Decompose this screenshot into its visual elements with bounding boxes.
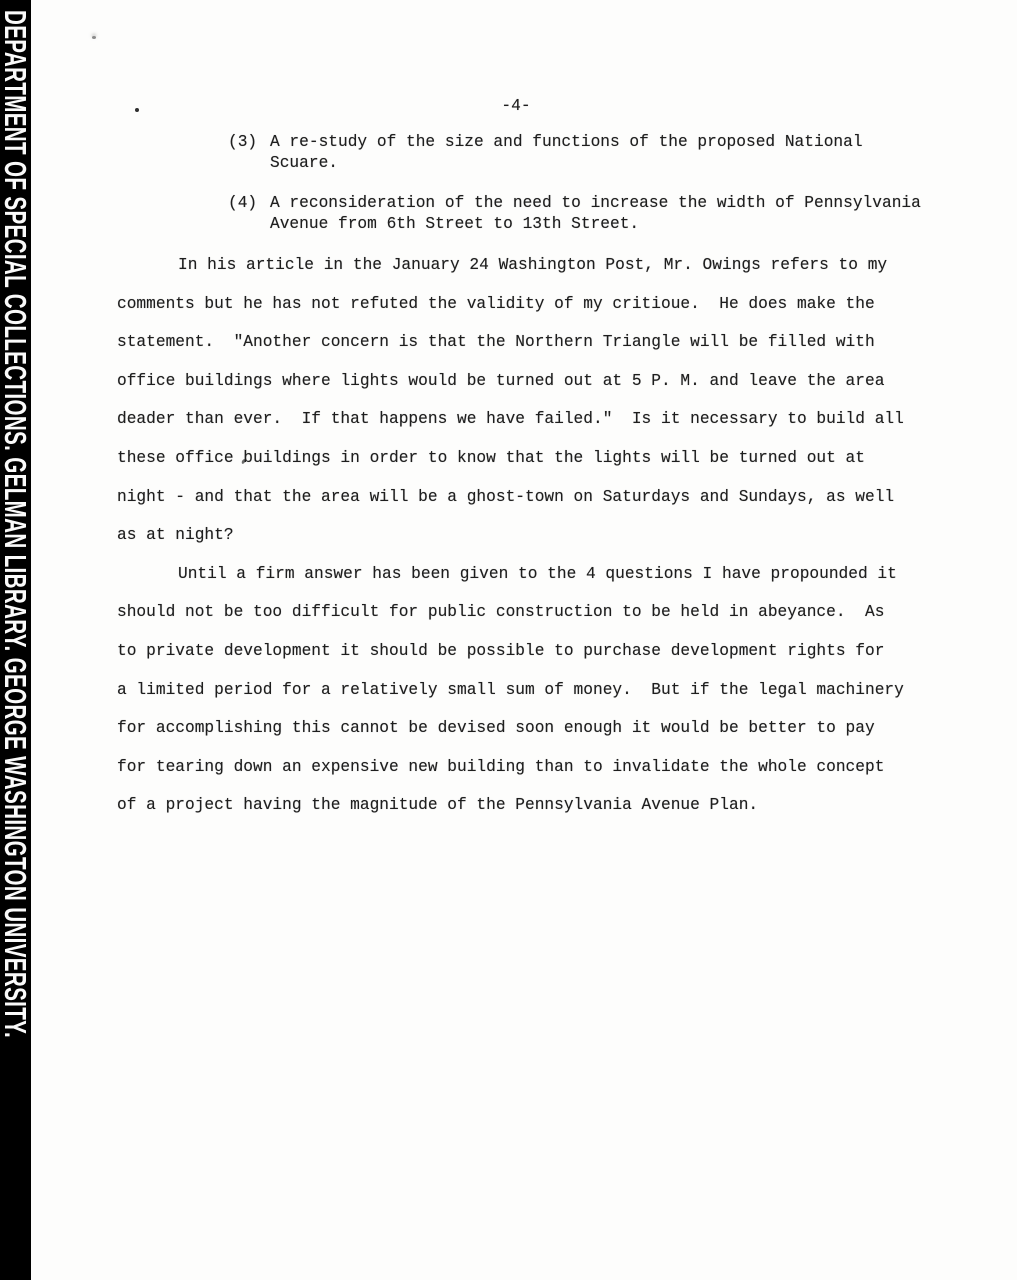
list-item: (3)A re-study of the size and functions …	[228, 132, 921, 173]
list-item: (4)A reconsideration of the need to incr…	[228, 193, 921, 234]
text-line: A re-study of the size and functions of …	[270, 132, 921, 153]
text-line: for tearing down an expensive new buildi…	[117, 748, 997, 787]
list-item-text: A reconsideration of the need to increas…	[270, 193, 921, 234]
text-line: Avenue from 6th Street to 13th Street.	[270, 214, 921, 235]
text-line: In his article in the January 24 Washing…	[117, 246, 997, 285]
archive-sidebar-strip: DEPARTMENT OF SPECIAL COLLECTIONS. GELMA…	[0, 0, 31, 1280]
numbered-list: (3)A re-study of the size and functions …	[228, 132, 921, 254]
text-line: deader than ever. If that happens we hav…	[117, 400, 997, 439]
text-line: office buildings where lights would be t…	[117, 362, 997, 401]
text-line: these office buildings in order to know …	[117, 439, 997, 478]
text-line: a limited period for a relatively small …	[117, 671, 997, 710]
text-line: for accomplishing this cannot be devised…	[117, 709, 997, 748]
scan-speck	[135, 108, 139, 112]
page-number: -4-	[456, 97, 576, 115]
list-item-text: A re-study of the size and functions of …	[270, 132, 921, 173]
archive-stamp-text: DEPARTMENT OF SPECIAL COLLECTIONS. GELMA…	[0, 10, 31, 1038]
text-line: as at night?	[117, 516, 997, 555]
text-line: Scuare.	[270, 153, 921, 174]
text-line: Until a firm answer has been given to th…	[117, 555, 997, 594]
text-line: of a project having the magnitude of the…	[117, 786, 997, 825]
text-line: comments but he has not refuted the vali…	[117, 285, 997, 324]
text-line: statement. "Another concern is that the …	[117, 323, 997, 362]
list-marker: (3)	[228, 132, 270, 173]
document-page: -4- (3)A re-study of the size and functi…	[31, 0, 1017, 1280]
text-line: to private development it should be poss…	[117, 632, 997, 671]
body-paragraphs: In his article in the January 24 Washing…	[117, 246, 997, 825]
list-marker: (4)	[228, 193, 270, 234]
scan-speck	[92, 36, 96, 39]
text-line: should not be too difficult for public c…	[117, 593, 997, 632]
scanned-document-page: DEPARTMENT OF SPECIAL COLLECTIONS. GELMA…	[0, 0, 1017, 1280]
text-line: night - and that the area will be a ghos…	[117, 478, 997, 517]
text-line: A reconsideration of the need to increas…	[270, 193, 921, 214]
